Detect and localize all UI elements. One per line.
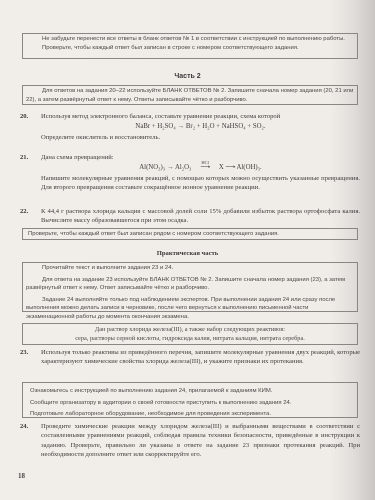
- part2-title: Часть 2: [0, 73, 375, 80]
- notice-line-1: Не забудьте перенести все ответы в бланк…: [26, 35, 354, 44]
- task-24: 24. Проведите химические реакции между х…: [20, 422, 360, 460]
- arrow-label: HCl: [193, 158, 217, 167]
- task-question: Определите окислитель и восстановитель.: [41, 133, 360, 142]
- practical-p1: Прочитайте текст и выполните задания 23 …: [26, 264, 354, 273]
- part2-instructions: Для ответов на задания 20–22 используйте…: [22, 85, 358, 105]
- task24-instructions: Ознакомьтесь с инструкцией по выполнению…: [22, 382, 358, 418]
- instr-line-3: Подготовьте лабораторное оборудование, н…: [26, 410, 354, 419]
- part2-instructions-text: Для ответов на задания 20–22 используйте…: [26, 87, 354, 104]
- task-number: 24.: [20, 422, 28, 431]
- instr-line-2: Сообщите организатору в аудитории о свое…: [26, 399, 354, 408]
- practical-p2: Для ответа на задание 23 используйте БЛА…: [26, 276, 354, 293]
- task-21: 21. Дана схема превращений: Al(NO₃)₃ → A…: [20, 153, 360, 193]
- reagents-line-2: сера, растворы серной кислоты, гидроксид…: [26, 334, 354, 343]
- task-text: Используя только реактивы из приведённог…: [41, 348, 360, 367]
- practical-instructions: Прочитайте текст и выполните задания 23 …: [22, 262, 358, 312]
- practical-part-title: Практическая часть: [0, 250, 375, 257]
- reaction-scheme: NaBr + H₂SO₄ → Br₂ + H₂O + NaHSO₄ + SO₂.: [41, 122, 360, 131]
- task-text: Используя метод электронного баланса, со…: [41, 112, 360, 121]
- task-22: 22. К 44,4 г раствора хлорида кальция с …: [20, 207, 360, 226]
- practical-p3: Задание 24 выполняйте только под наблюде…: [26, 296, 354, 322]
- task-number: 20.: [20, 112, 28, 121]
- notice-check-answers: Проверьте, чтобы каждый ответ был записа…: [22, 228, 358, 240]
- task-text: Проведите химические реакции между хлори…: [41, 422, 360, 460]
- transformation-scheme: Al(NO₃)₃ → Al₂O₃ HCl⟶ X ⟶ Al(OH)₃.: [41, 163, 360, 172]
- scheme-part-1: Al(NO₃)₃ → Al₂O₃: [139, 164, 191, 171]
- task-question: Напишите молекулярные уравнения реакций,…: [41, 174, 360, 193]
- task-number: 23.: [20, 348, 28, 357]
- task-number: 21.: [20, 153, 28, 162]
- task-20: 20. Используя метод электронного баланса…: [20, 112, 360, 142]
- reagents-line-1: Дан раствор хлорида железа(III), а также…: [26, 325, 354, 334]
- page-number: 18: [18, 472, 25, 480]
- reagents-box: Дан раствор хлорида железа(III), а также…: [22, 323, 358, 345]
- notice-text: Проверьте, чтобы каждый ответ был записа…: [26, 230, 354, 239]
- scheme-part-2: X ⟶ Al(OH)₃.: [219, 164, 262, 171]
- task-number: 22.: [20, 207, 28, 216]
- notice-transfer-answers: Не забудьте перенести все ответы в бланк…: [22, 33, 358, 59]
- task-23: 23. Используя только реактивы из приведё…: [20, 348, 360, 367]
- arrow-with-reagent: HCl⟶: [193, 163, 217, 172]
- exam-page: Не забудьте перенести все ответы в бланк…: [0, 0, 375, 500]
- task-text: К 44,4 г раствора хлорида кальция с масс…: [41, 207, 360, 226]
- notice-line-2: Проверьте, чтобы каждый ответ был записа…: [26, 44, 354, 53]
- instr-line-1: Ознакомьтесь с инструкцией по выполнению…: [26, 387, 354, 396]
